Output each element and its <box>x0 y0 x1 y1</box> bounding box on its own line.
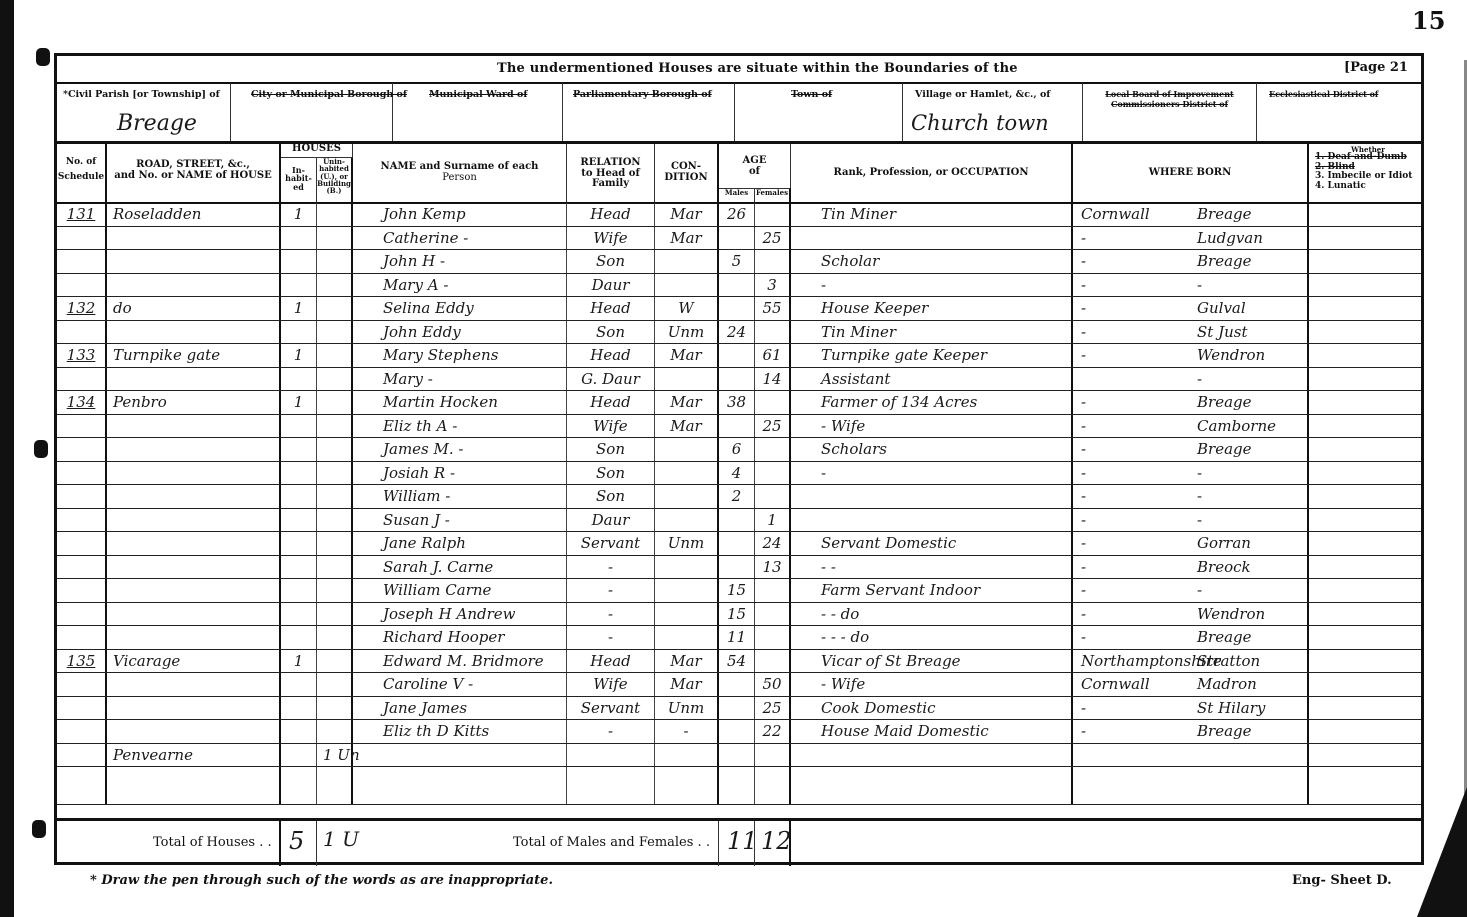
cell-relation: Son <box>567 250 655 273</box>
cell-female-age <box>755 650 791 673</box>
totals-females-cell: 12 <box>755 821 791 866</box>
header-text: DITION <box>655 173 717 184</box>
cell-inhabited <box>281 697 317 720</box>
cell-relation: Head <box>567 344 655 367</box>
cell-inhabited <box>281 321 317 344</box>
cell-schedule: 132 <box>57 297 107 320</box>
cell-name: John Eddy <box>353 321 567 344</box>
table-row: 132do1Selina EddyHeadW55House Keeper-Gul… <box>57 297 1421 321</box>
cell-relation: - <box>567 579 655 602</box>
cell-road <box>107 509 281 532</box>
cell-road: do <box>107 297 281 320</box>
cell-infirmity <box>1309 603 1421 626</box>
totals-inhabited: 5 <box>289 827 304 855</box>
cell-name: Richard Hooper <box>353 626 567 649</box>
cell-road <box>107 673 281 696</box>
cell-schedule: 133 <box>57 344 107 367</box>
cell-name: William Carne <box>353 579 567 602</box>
header-text: ROAD, STREET, &c., <box>107 160 279 171</box>
table-row: John H -Son5Scholar-Breage <box>57 250 1421 274</box>
header-where-born: WHERE BORN <box>1073 144 1309 202</box>
cell-infirmity <box>1309 697 1421 720</box>
cell-born-county: - <box>1073 227 1183 250</box>
cell-infirmity <box>1309 579 1421 602</box>
header-road: ROAD, STREET, &c., and No. or NAME of HO… <box>107 144 281 202</box>
cell-occupation <box>791 509 1073 532</box>
cell-female-age: 61 <box>755 344 791 367</box>
cell-male-age <box>719 767 755 804</box>
cell-male-age <box>719 227 755 250</box>
cell-name: Josiah R - <box>353 462 567 485</box>
cell-born-county: - <box>1073 579 1183 602</box>
cell-infirmity <box>1309 344 1421 367</box>
cell-born-place <box>1183 744 1309 767</box>
cell-schedule <box>57 274 107 297</box>
cell-schedule <box>57 368 107 391</box>
table-row: Eliz th A -WifeMar25- Wife-Camborne <box>57 415 1421 439</box>
cell-schedule <box>57 227 107 250</box>
cell-born-place: Wendron <box>1183 344 1309 367</box>
cell-female-age <box>755 438 791 461</box>
header-text: Schedule <box>57 173 105 182</box>
cell-uninhabited: 1 Un <box>317 744 353 767</box>
cell-male-age <box>719 274 755 297</box>
sheet-number: 15 <box>1412 6 1445 35</box>
cell-inhabited <box>281 509 317 532</box>
cell-schedule <box>57 744 107 767</box>
cell-infirmity <box>1309 297 1421 320</box>
cell-born-county: Cornwall <box>1073 203 1183 226</box>
cell-male-age <box>719 415 755 438</box>
form-title: The undermentioned Houses are situate wi… <box>497 61 1018 76</box>
cell-relation: Daur <box>567 274 655 297</box>
cell-schedule: 134 <box>57 391 107 414</box>
location-row: *Civil Parish [or Township] of Breage Ci… <box>57 83 1421 144</box>
table-row: Jane RalphServantUnm24Servant Domestic-G… <box>57 532 1421 556</box>
cell-schedule <box>57 250 107 273</box>
cell-born-place: Breage <box>1183 720 1309 743</box>
cell-inhabited <box>281 368 317 391</box>
cell-female-age: 24 <box>755 532 791 555</box>
cell-born-place: Breage <box>1183 438 1309 461</box>
cell-uninhabited <box>317 203 353 226</box>
cell-name: Sarah J. Carne <box>353 556 567 579</box>
cell-relation: Servant <box>567 532 655 555</box>
table-row: Jane JamesServantUnm25Cook Domestic-St H… <box>57 697 1421 721</box>
cell-infirmity <box>1309 274 1421 297</box>
cell-relation: Son <box>567 462 655 485</box>
cell-inhabited <box>281 462 317 485</box>
cell-infirmity <box>1309 650 1421 673</box>
cell-relation: Daur <box>567 509 655 532</box>
cell-relation <box>567 767 655 804</box>
ink-blot <box>32 820 46 838</box>
cell-female-age: 22 <box>755 720 791 743</box>
cell-occupation: - <box>791 274 1073 297</box>
location-ecclesiastical: Ecclesiastical District of <box>1257 83 1421 141</box>
cell-road <box>107 462 281 485</box>
ink-blot <box>34 440 48 458</box>
cell-uninhabited <box>317 462 353 485</box>
cell-male-age <box>719 556 755 579</box>
cell-name: Mary A - <box>353 274 567 297</box>
cell-occupation: Assistant <box>791 368 1073 391</box>
table-row: John EddySonUnm24Tin Miner-St Just <box>57 321 1421 345</box>
table-row: Sarah J. Carne-13- --Breock <box>57 556 1421 580</box>
cell-male-age <box>719 673 755 696</box>
cell-born-county <box>1073 744 1183 767</box>
cell-road <box>107 485 281 508</box>
cell-male-age: 26 <box>719 203 755 226</box>
location-label: Town of <box>791 89 832 100</box>
cell-relation: Head <box>567 203 655 226</box>
cell-occupation: - <box>791 462 1073 485</box>
header-text: RELATION <box>567 158 654 169</box>
header-condition: CON- DITION <box>655 144 719 202</box>
cell-occupation: House Keeper <box>791 297 1073 320</box>
cell-male-age <box>719 720 755 743</box>
header-females: Females <box>755 188 791 202</box>
cell-infirmity <box>1309 485 1421 508</box>
cell-occupation <box>791 227 1073 250</box>
table-row: Mary A -Daur3--- <box>57 274 1421 298</box>
header-text: Person <box>353 173 566 184</box>
cell-name: James M. - <box>353 438 567 461</box>
cell-condition <box>655 368 719 391</box>
table-row: 131Roseladden1John KempHeadMar26Tin Mine… <box>57 203 1421 227</box>
cell-inhabited: 1 <box>281 391 317 414</box>
cell-condition <box>655 744 719 767</box>
cell-name: John H - <box>353 250 567 273</box>
cell-name <box>353 744 567 767</box>
cell-born-county: - <box>1073 438 1183 461</box>
cell-born-county: - <box>1073 697 1183 720</box>
cell-infirmity <box>1309 509 1421 532</box>
cell-born-place: St Hilary <box>1183 697 1309 720</box>
location-label: *Civil Parish [or Township] of <box>63 89 220 100</box>
table-row: William -Son2-- <box>57 485 1421 509</box>
cell-inhabited <box>281 626 317 649</box>
totals-houses-label: Total of Houses . . <box>153 835 272 850</box>
cell-relation: Wife <box>567 673 655 696</box>
cell-condition: - <box>655 720 719 743</box>
cell-condition: Unm <box>655 532 719 555</box>
cell-schedule <box>57 462 107 485</box>
cell-road: Penbro <box>107 391 281 414</box>
table-row: Penvearne1 Un <box>57 744 1421 768</box>
cell-name: William - <box>353 485 567 508</box>
cell-occupation: Farmer of 134 Acres <box>791 391 1073 414</box>
cell-uninhabited <box>317 697 353 720</box>
cell-occupation: Vicar of St Breage <box>791 650 1073 673</box>
cell-born-county <box>1073 767 1183 804</box>
cell-road <box>107 720 281 743</box>
table-row: Joseph H Andrew-15- - do-Wendron <box>57 603 1421 627</box>
cell-relation: - <box>567 720 655 743</box>
cell-relation: - <box>567 626 655 649</box>
cell-male-age: 38 <box>719 391 755 414</box>
location-village: Village or Hamlet, &c., of Church town <box>903 83 1083 141</box>
cell-road <box>107 274 281 297</box>
cell-infirmity <box>1309 391 1421 414</box>
cell-road <box>107 603 281 626</box>
cell-male-age: 15 <box>719 579 755 602</box>
cell-uninhabited <box>317 650 353 673</box>
header-text: of <box>719 167 790 178</box>
location-value: Church town <box>911 111 1049 135</box>
cell-relation: Head <box>567 391 655 414</box>
cell-condition <box>655 485 719 508</box>
cell-name: Joseph H Andrew <box>353 603 567 626</box>
cell-condition <box>655 438 719 461</box>
table-row: Mary -G. Daur14Assistant- <box>57 368 1421 392</box>
cell-uninhabited <box>317 438 353 461</box>
table-row: James M. -Son6Scholars-Breage <box>57 438 1421 462</box>
cell-inhabited <box>281 532 317 555</box>
cell-road <box>107 579 281 602</box>
cell-road: Vicarage <box>107 650 281 673</box>
cell-schedule: 135 <box>57 650 107 673</box>
cell-uninhabited <box>317 391 353 414</box>
cell-condition: Mar <box>655 227 719 250</box>
cell-occupation: - - - do <box>791 626 1073 649</box>
cell-male-age: 11 <box>719 626 755 649</box>
cell-occupation <box>791 767 1073 804</box>
cell-born-county: - <box>1073 297 1183 320</box>
cell-name: Jane Ralph <box>353 532 567 555</box>
cell-uninhabited <box>317 673 353 696</box>
cell-condition: W <box>655 297 719 320</box>
cell-male-age: 5 <box>719 250 755 273</box>
cell-infirmity <box>1309 227 1421 250</box>
cell-road <box>107 321 281 344</box>
cell-born-place: Madron <box>1183 673 1309 696</box>
table-row: Catherine -WifeMar25-Ludgvan <box>57 227 1421 251</box>
cell-born-place <box>1183 767 1309 804</box>
cell-uninhabited <box>317 603 353 626</box>
cell-schedule <box>57 485 107 508</box>
cell-name: Mary - <box>353 368 567 391</box>
scan-edge-left <box>0 0 14 917</box>
cell-female-age <box>755 579 791 602</box>
cell-schedule <box>57 720 107 743</box>
cell-born-place: Stratton <box>1183 650 1309 673</box>
cell-name: John Kemp <box>353 203 567 226</box>
cell-born-county: - <box>1073 344 1183 367</box>
column-header-row: No. of Schedule ROAD, STREET, &c., and N… <box>57 144 1421 204</box>
cell-name: Caroline V - <box>353 673 567 696</box>
cell-female-age <box>755 603 791 626</box>
location-town: Town of <box>735 83 903 141</box>
header-schedule: No. of Schedule <box>57 144 107 202</box>
sheet-reference: Eng- Sheet D. <box>1292 873 1392 888</box>
cell-born-county: Cornwall <box>1073 673 1183 696</box>
table-row: 133Turnpike gate1Mary StephensHeadMar61T… <box>57 344 1421 368</box>
cell-relation: G. Daur <box>567 368 655 391</box>
cell-male-age <box>719 697 755 720</box>
totals-persons-label: Total of Males and Females . . <box>513 835 710 850</box>
cell-road <box>107 626 281 649</box>
cell-condition: Unm <box>655 321 719 344</box>
table-row: 134Penbro1Martin HockenHeadMar38Farmer o… <box>57 391 1421 415</box>
cell-occupation <box>791 744 1073 767</box>
cell-condition <box>655 603 719 626</box>
cell-relation <box>567 744 655 767</box>
cell-name: Catherine - <box>353 227 567 250</box>
cell-condition: Mar <box>655 391 719 414</box>
cell-born-county <box>1073 368 1183 391</box>
table-row: William Carne-15Farm Servant Indoor-- <box>57 579 1421 603</box>
cell-inhabited: 1 <box>281 203 317 226</box>
cell-female-age <box>755 203 791 226</box>
cell-uninhabited <box>317 579 353 602</box>
cell-occupation: Tin Miner <box>791 203 1073 226</box>
location-label: City or Municipal Borough of <box>251 89 407 100</box>
cell-condition <box>655 509 719 532</box>
cell-female-age: 3 <box>755 274 791 297</box>
cell-condition <box>655 767 719 804</box>
location-label: Local Board of Improvement Commissioners… <box>1087 89 1252 109</box>
cell-road <box>107 415 281 438</box>
cell-male-age: 6 <box>719 438 755 461</box>
cell-uninhabited <box>317 368 353 391</box>
cell-inhabited <box>281 227 317 250</box>
cell-relation: Wife <box>567 415 655 438</box>
totals-males-cell: 11 <box>719 821 755 866</box>
cell-born-place: - <box>1183 485 1309 508</box>
cell-female-age <box>755 744 791 767</box>
cell-uninhabited <box>317 344 353 367</box>
cell-uninhabited <box>317 297 353 320</box>
cell-male-age: 4 <box>719 462 755 485</box>
cell-born-county: - <box>1073 485 1183 508</box>
cell-infirmity <box>1309 720 1421 743</box>
cell-inhabited: 1 <box>281 344 317 367</box>
cell-female-age: 13 <box>755 556 791 579</box>
cell-schedule <box>57 767 107 804</box>
table-row <box>57 767 1421 805</box>
cell-born-county: - <box>1073 391 1183 414</box>
header-text: and No. or NAME of HOUSE <box>107 171 279 182</box>
cell-male-age <box>719 344 755 367</box>
cell-name: Selina Eddy <box>353 297 567 320</box>
table-row: Susan J -Daur1-- <box>57 509 1421 533</box>
totals-persons-label-cell: 1 U Total of Males and Females . . <box>317 821 719 866</box>
cell-occupation: Servant Domestic <box>791 532 1073 555</box>
cell-uninhabited <box>317 626 353 649</box>
cell-occupation: House Maid Domestic <box>791 720 1073 743</box>
table-row: Caroline V -WifeMar50- WifeCornwallMadro… <box>57 673 1421 697</box>
table-row: 135Vicarage1Edward M. BridmoreHeadMar54V… <box>57 650 1421 674</box>
cell-condition: Mar <box>655 415 719 438</box>
cell-uninhabited <box>317 227 353 250</box>
cell-inhabited <box>281 579 317 602</box>
totals-females: 12 <box>761 827 792 855</box>
cell-schedule <box>57 673 107 696</box>
cell-born-place: St Just <box>1183 321 1309 344</box>
cell-occupation <box>791 485 1073 508</box>
cell-born-place: Gulval <box>1183 297 1309 320</box>
cell-infirmity <box>1309 626 1421 649</box>
cell-road: Penvearne <box>107 744 281 767</box>
cell-condition: Unm <box>655 697 719 720</box>
cell-inhabited <box>281 603 317 626</box>
cell-schedule <box>57 626 107 649</box>
cell-inhabited <box>281 556 317 579</box>
cell-uninhabited <box>317 532 353 555</box>
header-uninhabited: Unin- habited (U.), or Building (B.) <box>317 158 353 202</box>
cell-name: Eliz th A - <box>353 415 567 438</box>
cell-condition: Mar <box>655 344 719 367</box>
cell-schedule <box>57 438 107 461</box>
header-text: ed <box>281 183 316 191</box>
cell-male-age <box>719 297 755 320</box>
cell-female-age: 14 <box>755 368 791 391</box>
cell-condition: Mar <box>655 203 719 226</box>
cell-uninhabited <box>317 556 353 579</box>
location-municipal-borough: City or Municipal Borough of <box>231 83 393 141</box>
location-label: Ecclesiastical District of <box>1269 89 1378 99</box>
cell-born-county: - <box>1073 626 1183 649</box>
cell-female-age: 55 <box>755 297 791 320</box>
cell-occupation: - Wife <box>791 415 1073 438</box>
cell-inhabited <box>281 274 317 297</box>
cell-female-age: 25 <box>755 697 791 720</box>
cell-born-county: - <box>1073 274 1183 297</box>
cell-inhabited <box>281 438 317 461</box>
cell-born-place: Breage <box>1183 391 1309 414</box>
cell-schedule <box>57 697 107 720</box>
cell-born-place: - <box>1183 368 1309 391</box>
cell-female-age: 50 <box>755 673 791 696</box>
header-text: NAME and Surname of each <box>353 162 566 173</box>
cell-female-age: 1 <box>755 509 791 532</box>
cell-male-age <box>719 532 755 555</box>
cell-name: Jane James <box>353 697 567 720</box>
cell-born-county: - <box>1073 321 1183 344</box>
cell-inhabited <box>281 767 317 804</box>
cell-born-place: Breage <box>1183 203 1309 226</box>
cell-infirmity <box>1309 462 1421 485</box>
cell-inhabited <box>281 415 317 438</box>
cell-female-age: 25 <box>755 227 791 250</box>
cell-born-place: - <box>1183 462 1309 485</box>
header-text: CON- <box>655 162 717 173</box>
header-relation: RELATION to Head of Family <box>567 144 655 202</box>
totals-houses-label-cell: Total of Houses . . <box>57 821 281 866</box>
cell-born-county: - <box>1073 720 1183 743</box>
totals-inhabited-cell: 5 <box>281 821 317 866</box>
footnote: * Draw the pen through such of the words… <box>90 873 553 888</box>
table-row: Richard Hooper-11- - - do-Breage <box>57 626 1421 650</box>
cell-relation: Head <box>567 297 655 320</box>
cell-road <box>107 368 281 391</box>
cell-relation: Son <box>567 485 655 508</box>
cell-infirmity <box>1309 744 1421 767</box>
header-text: (B.) <box>317 187 351 194</box>
cell-name: Eliz th D Kitts <box>353 720 567 743</box>
location-civil-parish: *Civil Parish [or Township] of Breage <box>57 83 231 141</box>
cell-inhabited <box>281 720 317 743</box>
cell-name <box>353 767 567 804</box>
header-infirmity: Whether 1. Deaf-and-Dumb 2. Blind 3. Imb… <box>1309 144 1421 202</box>
cell-occupation: Turnpike gate Keeper <box>791 344 1073 367</box>
cell-relation: Wife <box>567 227 655 250</box>
cell-male-age <box>719 744 755 767</box>
cell-condition <box>655 556 719 579</box>
cell-road: Roseladden <box>107 203 281 226</box>
cell-infirmity <box>1309 415 1421 438</box>
